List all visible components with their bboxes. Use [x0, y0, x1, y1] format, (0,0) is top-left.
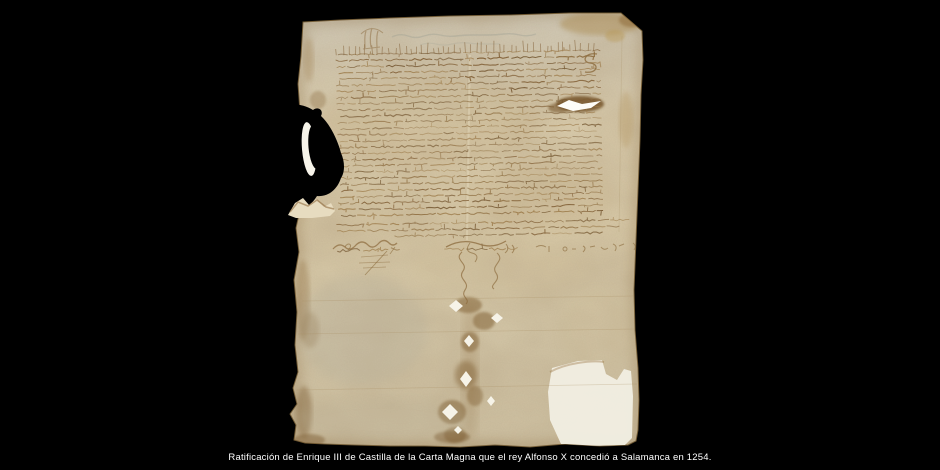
photo-stage: Ratificación de Enrique III de Castilla …: [0, 0, 940, 470]
caption: Ratificación de Enrique III de Castilla …: [0, 452, 940, 463]
manuscript-image: [0, 0, 940, 470]
